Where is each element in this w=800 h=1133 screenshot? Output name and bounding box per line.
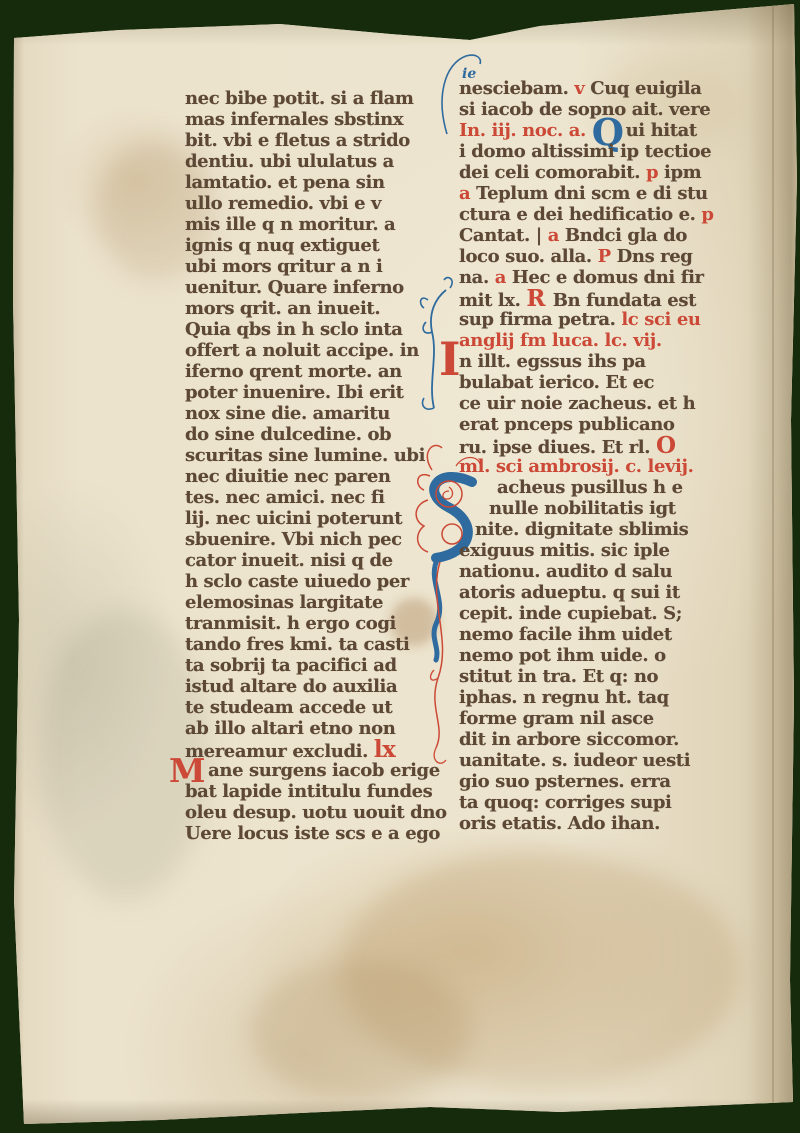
text-line: oris etatis. Ado ihan.: [459, 813, 715, 834]
text-line: stitut in tra. Et q: no: [459, 666, 715, 687]
text-segment: do sine dulcedine. ob: [185, 424, 391, 445]
text-line: nesciebam. v Cuq euigila: [459, 78, 715, 99]
text-line: si iacob de sopno ait. vere: [459, 99, 715, 120]
text-segment: ipm: [664, 162, 701, 183]
text-segment: iphas. n regnu ht. taq: [459, 687, 669, 708]
text-segment: ullo remedio. vbi e v: [185, 193, 381, 214]
text-line: uanitate. s. iudeor uesti: [459, 750, 715, 771]
text-line: anglij fm luca. lc. vij.: [459, 330, 715, 351]
text-line: istud altare do auxilia: [185, 676, 441, 697]
text-line: forme gram nil asce: [459, 708, 715, 729]
text-segment: Bndci gla do: [565, 225, 687, 246]
text-segment: R: [526, 285, 552, 312]
text-segment: dit in arbore siccomor.: [459, 729, 679, 750]
text-segment: exiguus mitis. sic iple: [459, 540, 670, 561]
text-line: poter inuenire. Ibi erit: [185, 382, 441, 403]
text-column-left: nec bibe potit. si a flammas infernales …: [185, 88, 441, 844]
text-line: dei celi comorabit. p ipm: [459, 162, 715, 183]
parchment-stain: [250, 960, 470, 1100]
text-segment: gio suo psternes. erra: [459, 771, 671, 792]
text-segment: bat lapide intitulu fundes: [185, 781, 432, 802]
text-line: acheus pusillus h e: [459, 477, 715, 498]
text-line: ru. ipse diues. Et rl. O: [459, 435, 715, 456]
text-segment: lamtatio. et pena sin: [185, 172, 385, 193]
text-line: tando fres kmi. ta casti: [185, 634, 441, 655]
text-line: bat lapide intitulu fundes: [185, 781, 441, 802]
text-line: bit. vbi e fletus a strido: [185, 130, 441, 151]
text-segment: te studeam accede ut: [185, 697, 392, 718]
text-line: na. a Hec e domus dni fir: [459, 267, 715, 288]
text-segment: dentiu. ubi ululatus a: [185, 151, 394, 172]
text-segment: ane surgens iacob erige: [208, 760, 440, 781]
text-segment: mors qrit. an inueit.: [185, 298, 380, 319]
text-segment: Dns reg: [617, 246, 693, 267]
text-line: In. iij. noc. a. Qui hitat: [459, 120, 715, 141]
text-segment: nemo facile ihm uidet: [459, 624, 672, 645]
text-segment: a: [459, 183, 476, 204]
text-segment: atoris adueptu. q sui it: [459, 582, 680, 603]
text-line: Cantat. | a Bndci gla do: [459, 225, 715, 246]
text-segment: sbuenire. Vbi nich pec: [185, 529, 402, 550]
text-line: ta quoq: corriges supi: [459, 792, 715, 813]
text-line: te studeam accede ut: [185, 697, 441, 718]
text-segment: iferno qrent morte. an: [185, 361, 402, 382]
text-line: nulle nobilitatis igt: [459, 498, 715, 519]
text-segment: offert a noluit accipe. in: [185, 340, 419, 361]
text-line: uenitur. Quare inferno: [185, 277, 441, 298]
text-line: mors qrit. an inueit.: [185, 298, 441, 319]
text-segment: uenitur. Quare inferno: [185, 277, 404, 298]
text-line: nemo pot ihm uide. o: [459, 645, 715, 666]
text-line: exiguus mitis. sic iple: [459, 540, 715, 561]
text-segment: p: [701, 204, 713, 225]
text-line: offert a noluit accipe. in: [185, 340, 441, 361]
text-segment: dei celi comorabit.: [459, 162, 646, 183]
text-line: erat pnceps publicano: [459, 414, 715, 435]
text-line: dentiu. ubi ululatus a: [185, 151, 441, 172]
text-segment: a: [495, 267, 512, 288]
text-line: nox sine die. amaritu: [185, 403, 441, 424]
text-line: bulabat ierico. Et ec: [459, 372, 715, 393]
text-line: Mane surgens iacob erige: [185, 760, 441, 781]
text-segment: erat pnceps publicano: [459, 414, 675, 435]
text-segment: Quia qbs in h sclo inta: [185, 319, 403, 340]
text-line: ml. sci ambrosij. c. levij.: [459, 456, 715, 477]
text-line: ta sobrij ta pacifici ad: [185, 655, 441, 676]
text-line: ignis q nuq extiguet: [185, 235, 441, 256]
text-segment: nulle nobilitatis igt: [489, 498, 676, 519]
text-segment: nec bibe potit. si a flam: [185, 88, 414, 109]
text-segment: i domo altissimi ip tectioe: [459, 141, 711, 162]
text-segment: na.: [459, 267, 495, 288]
text-line: ctura e dei hedificatio e. p: [459, 204, 715, 225]
text-line: a Teplum dni scm e di stu: [459, 183, 715, 204]
text-line: oleu desup. uotu uouit dno: [185, 802, 441, 823]
text-segment: nationu. audito d salu: [459, 561, 672, 582]
text-line: scuritas sine lumine. ubi: [185, 445, 441, 466]
text-line: nec bibe potit. si a flam: [185, 88, 441, 109]
text-line: lamtatio. et pena sin: [185, 172, 441, 193]
text-segment: lij. nec uicini poterunt: [185, 508, 402, 529]
text-line: mis ille q n moritur. a: [185, 214, 441, 235]
text-line: lij. nec uicini poterunt: [185, 508, 441, 529]
text-line: sup firma petra. lc sci eu: [459, 309, 715, 330]
text-segment: Cuq euigila: [590, 78, 701, 99]
text-line: gio suo psternes. erra: [459, 771, 715, 792]
text-line: ubi mors qritur a n i: [185, 256, 441, 277]
text-segment: ubi mors qritur a n i: [185, 256, 383, 277]
text-segment: ru. ipse diues. Et rl.: [459, 437, 656, 458]
text-line: atoris adueptu. q sui it: [459, 582, 715, 603]
text-segment: tando fres kmi. ta casti: [185, 634, 409, 655]
text-line: ce uir noie zacheus. et h: [459, 393, 715, 414]
page-top-shadow: [0, 0, 800, 46]
text-segment: ml. sci ambrosij. c. levij.: [459, 456, 693, 477]
text-segment: mis ille q n moritur. a: [185, 214, 395, 235]
text-segment: p: [646, 162, 664, 183]
text-segment: nite. dignitate sblimis: [475, 519, 688, 540]
text-line: dit in arbore siccomor.: [459, 729, 715, 750]
text-line: iferno qrent morte. an: [185, 361, 441, 382]
text-segment: oleu desup. uotu uouit dno: [185, 802, 447, 823]
text-segment: O: [656, 432, 676, 459]
text-segment: nec diuitie nec paren: [185, 466, 391, 487]
text-segment: si iacob de sopno ait. vere: [459, 99, 710, 120]
text-line: mas infernales sbstinx: [185, 109, 441, 130]
manuscript-page: ie nec bibe potit. si a flammas infernal…: [0, 0, 800, 1133]
text-line: nemo facile ihm uidet: [459, 624, 715, 645]
text-segment: ce uir noie zacheus. et h: [459, 393, 695, 414]
text-segment: a: [548, 225, 565, 246]
text-line: Uere locus iste scs e a ego: [185, 823, 441, 844]
text-segment: ta quoq: corriges supi: [459, 792, 671, 813]
text-segment: forme gram nil asce: [459, 708, 654, 729]
text-segment: tranmisit. h ergo cogi: [185, 613, 396, 634]
text-segment: Teplum dni scm e di stu: [476, 183, 708, 204]
text-segment: lx: [374, 736, 396, 763]
text-line: cepit. inde cupiebat. S;: [459, 603, 715, 624]
text-segment: Bn fundata est: [553, 290, 696, 311]
text-line: nite. dignitate sblimis: [459, 519, 715, 540]
text-line: h sclo caste uiuedo per: [185, 571, 441, 592]
page-left-shadow: [10, 0, 24, 1133]
text-line: tranmisit. h ergo cogi: [185, 613, 441, 634]
text-segment: Cantat. |: [459, 225, 548, 246]
text-segment: nox sine die. amaritu: [185, 403, 390, 424]
text-line: nationu. audito d salu: [459, 561, 715, 582]
text-segment: In. iij. noc. a.: [459, 120, 592, 141]
text-segment: ab illo altari etno non: [185, 718, 395, 739]
text-segment: sup firma petra.: [459, 309, 621, 330]
text-line: ab illo altari etno non: [185, 718, 441, 739]
text-segment: nesciebam.: [459, 78, 574, 99]
text-segment: ta sobrij ta pacifici ad: [185, 655, 397, 676]
text-segment: stitut in tra. Et q: no: [459, 666, 658, 687]
text-segment: cator inueit. nisi q de: [185, 550, 393, 571]
text-line: Quia qbs in h sclo inta: [185, 319, 441, 340]
text-segment: lc sci eu: [621, 309, 700, 330]
text-line: mereamur excludi. lx: [185, 739, 441, 760]
gutter-crease: [772, 6, 774, 1125]
text-segment: scuritas sine lumine. ubi: [185, 445, 425, 466]
text-line: iphas. n regnu ht. taq: [459, 687, 715, 708]
text-segment: nemo pot ihm uide. o: [459, 645, 666, 666]
text-line: i domo altissimi ip tectioe: [459, 141, 715, 162]
text-segment: elemosinas largitate: [185, 592, 383, 613]
text-segment: mit lx.: [459, 290, 526, 311]
text-line: elemosinas largitate: [185, 592, 441, 613]
text-line: ullo remedio. vbi e v: [185, 193, 441, 214]
text-segment: acheus pusillus h e: [497, 477, 683, 498]
text-segment: ctura e dei hedificatio e.: [459, 204, 701, 225]
text-segment: v: [574, 78, 590, 99]
text-line: In illt. egssus ihs pa: [459, 351, 715, 372]
text-segment: Uere locus iste scs e a ego: [185, 823, 440, 844]
manuscript-photo: ie nec bibe potit. si a flammas infernal…: [0, 0, 800, 1133]
text-segment: mas infernales sbstinx: [185, 109, 403, 130]
text-segment: poter inuenire. Ibi erit: [185, 382, 404, 403]
binding-gutter: [748, 0, 800, 1133]
text-segment: h sclo caste uiuedo per: [185, 571, 409, 592]
text-line: do sine dulcedine. ob: [185, 424, 441, 445]
text-line: cator inueit. nisi q de: [185, 550, 441, 571]
text-segment: cepit. inde cupiebat. S;: [459, 603, 682, 624]
text-column-right: nesciebam. v Cuq euigilasi iacob de sopn…: [459, 78, 715, 834]
text-segment: tes. nec amici. nec fi: [185, 487, 385, 508]
text-line: nec diuitie nec paren: [185, 466, 441, 487]
text-segment: n illt. egssus ihs pa: [459, 351, 646, 372]
text-line: tes. nec amici. nec fi: [185, 487, 441, 508]
text-segment: istud altare do auxilia: [185, 676, 397, 697]
text-segment: ignis q nuq extiguet: [185, 235, 379, 256]
text-segment: ui hitat: [626, 120, 697, 141]
page-bottom-shadow: [0, 1099, 800, 1129]
text-segment: bulabat ierico. Et ec: [459, 372, 654, 393]
text-segment: mereamur excludi.: [185, 741, 374, 762]
text-line: loco suo. alla. P Dns reg: [459, 246, 715, 267]
text-segment: loco suo. alla.: [459, 246, 598, 267]
text-segment: P: [598, 246, 617, 267]
text-line: sbuenire. Vbi nich pec: [185, 529, 441, 550]
text-segment: anglij fm luca. lc. vij.: [459, 330, 662, 351]
text-segment: bit. vbi e fletus a strido: [185, 130, 410, 151]
text-segment: uanitate. s. iudeor uesti: [459, 750, 690, 771]
text-line: mit lx. R Bn fundata est: [459, 288, 715, 309]
text-segment: oris etatis. Ado ihan.: [459, 813, 660, 834]
